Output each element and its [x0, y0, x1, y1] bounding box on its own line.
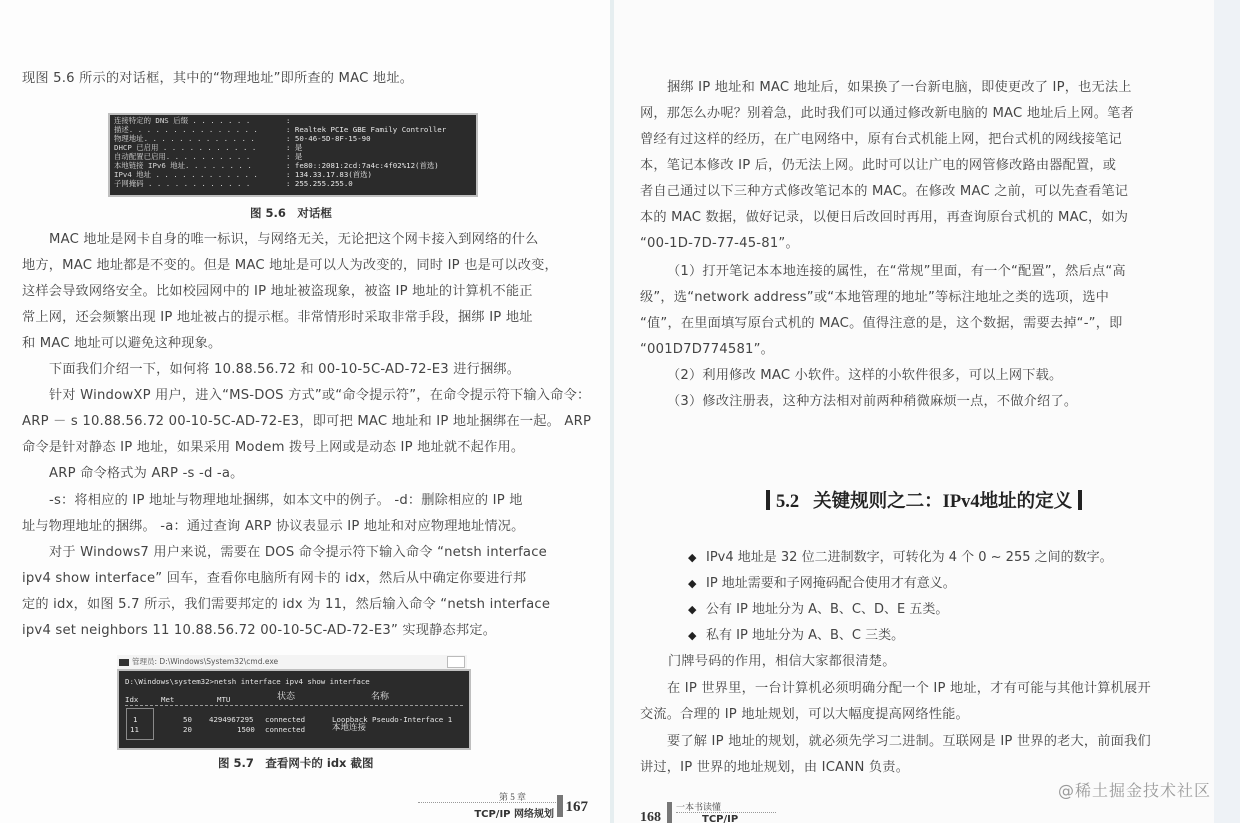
- right-page: 捆绑 IP 地址和 MAC 地址后，如果换了一台新电脑，即使更改了 IP，也无法…: [614, 0, 1214, 823]
- footer-title: TCP/IP: [702, 814, 738, 823]
- terminal-row: 本地链接 IPv6 地址. . . . . . . .: fe80::2081:…: [114, 161, 472, 170]
- figure-5-7-terminal: D:\Windows\system32>netsh interface ipv4…: [117, 669, 471, 750]
- column-header: MTU: [217, 695, 230, 704]
- bullet-item: ◆私有 IP 地址分为 A、B、C 三类。: [688, 623, 904, 649]
- paragraph-line: 门牌号码的作用，相信大家都很清楚。: [668, 649, 896, 675]
- page-number: 167: [566, 799, 589, 816]
- paragraph-line: 这样会导致网络安全。比如校园网中的 IP 地址被盗现象，被盗 IP 地址的计算机…: [22, 279, 533, 305]
- paragraph-line: 曾经有过这样的经历，在广电网络中，原有台式机能上网，把台式机的网线接笔记: [640, 127, 1122, 153]
- column-header: Idx: [125, 695, 138, 704]
- paragraph-line: 定的 idx，如图 5.7 所示，我们需要邦定的 idx 为 11，然后输入命令…: [22, 592, 550, 618]
- terminal-row: DHCP 已启用 . . . . . . . . . . .: 是: [114, 143, 472, 152]
- paragraph-line: 针对 WindowXP 用户，进入“MS-DOS 方式”或“命令提示符”，在命令…: [22, 383, 590, 409]
- terminal-row: 物理地址. . . . . . . . . . . . .: 50-46-5D-…: [114, 134, 472, 143]
- paragraph-line: -s：将相应的 IP 地址与物理地址捆绑，如本文中的例子。 -d：删除相应的 I…: [22, 488, 523, 514]
- paragraph-line: 对于 Windows7 用户来说，需要在 DOS 命令提示符下输入命令 “net…: [22, 540, 547, 566]
- paragraph-line: “值”，在里面填写原台式机的 MAC。值得注意的是，这个数据，需要去掉“-”，即: [640, 311, 1122, 337]
- paragraph-line: （1）打开笔记本本地连接的属性，在“常规”里面，有一个“配置”，然后点“高: [640, 259, 1126, 285]
- paragraph-line: 级”，选“network address”或“本地管理的地址”等标注地址之类的选…: [640, 285, 1109, 311]
- footer-dotted-rule: [418, 802, 558, 803]
- cell: 1: [133, 715, 137, 724]
- paragraph-line: 址与物理地址的捆绑。 -a：通过查询 ARP 协议表显示 IP 地址和对应物理地…: [22, 514, 525, 540]
- diamond-bullet-icon: ◆: [688, 545, 701, 571]
- watermark: @稀土掘金技术社区: [1058, 778, 1211, 801]
- figure-5-6-caption: 图 5.6 对话框: [250, 205, 332, 221]
- paragraph-line: 本的 MAC 数据，做好记录，以便日后改回时再用，再查询原台式机的 MAC，如为: [640, 205, 1128, 231]
- paragraph-line: 和 MAC 地址可以避免这种现象。: [22, 331, 221, 357]
- page-number: 168: [640, 810, 661, 823]
- footer-bar: [557, 795, 563, 817]
- section-heading: 5.2关键规则之二：IPv4地址的定义: [760, 487, 1088, 513]
- header-divider: [125, 705, 463, 706]
- paragraph-line: ARP － s 10.88.56.72 00-10-5C-AD-72-E3，即可…: [22, 409, 591, 435]
- heading-bar-right: [1078, 490, 1082, 510]
- paragraph-line: 者自己通过以下三种方式修改笔记本的 MAC。在修改 MAC 之前，可以先查看笔记: [640, 179, 1128, 205]
- cell: 50: [183, 715, 192, 724]
- paragraph-line: 交流。合理的 IP 地址规划，可以大幅度提高网络性能。: [640, 702, 969, 728]
- cmd-window-titlebar: 管理员: D:\Windows\System32\cmd.exe: [117, 655, 467, 669]
- paragraph-line: 捆绑 IP 地址和 MAC 地址后，如果换了一台新电脑，即使更改了 IP，也无法…: [640, 75, 1132, 101]
- terminal-row: 自动配置已启用. . . . . . . . . .: 是: [114, 152, 472, 161]
- paragraph-line: 地方，MAC 地址都是不变的。但是 MAC 地址是可以人为改变的，同时 IP 也…: [22, 253, 558, 279]
- footer-bar: [667, 802, 672, 823]
- diamond-bullet-icon: ◆: [688, 623, 701, 649]
- section-title: 关键规则之二：IPv4地址的定义: [813, 492, 1072, 512]
- footer-title: TCP/IP 网络规划: [474, 805, 554, 820]
- intro-line: 现图 5.6 所示的对话框，其中的“物理地址”即所查的 MAC 地址。: [22, 66, 413, 92]
- cell: 1500: [237, 725, 255, 734]
- cell: 4294967295: [209, 715, 254, 724]
- footer-dotted-rule: [676, 812, 776, 813]
- terminal-row: 描述. . . . . . . . . . . . . . .: Realtek…: [114, 125, 472, 134]
- terminal-row: IPv4 地址 . . . . . . . . . . . .: 134.33.…: [114, 170, 472, 179]
- bullet-item: ◆IP 地址需要和子网掩码配合使用才有意义。: [688, 571, 956, 597]
- section-number: 5.2: [776, 492, 799, 512]
- column-header: Met: [161, 695, 174, 704]
- page-footer: 168 一本书读懂 TCP/IP: [640, 800, 790, 823]
- page-footer: 第 5 章 TCP/IP 网络规划 167: [418, 790, 588, 823]
- paragraph-line: 在 IP 世界里，一台计算机必须明确分配一个 IP 地址，才有可能与其他计算机展…: [640, 676, 1151, 702]
- cell: connected: [265, 715, 305, 724]
- cell: 20: [183, 725, 192, 734]
- paragraph-line: 要了解 IP 地址的规划，就必须先学习二进制。互联网是 IP 世界的老大，前面我…: [640, 729, 1151, 755]
- paragraph-line: 本，笔记本修改 IP 后，仍无法上网。此时可以让广电的网管修改路由器配置，或: [640, 153, 1116, 179]
- paragraph-line: 命令是针对静态 IP 地址，如果采用 Modem 拨号上网或是动态 IP 地址就…: [22, 435, 524, 461]
- cmd-window-title: 管理员: D:\Windows\System32\cmd.exe: [132, 657, 278, 666]
- bullet-text: IP 地址需要和子网掩码配合使用才有意义。: [706, 576, 956, 591]
- paragraph-line: MAC 地址是网卡自身的唯一标识，与网络无关，无论把这个网卡接入到网络的什么: [22, 227, 539, 253]
- terminal-row: 连接特定的 DNS 后缀 . . . . . . .:: [114, 116, 472, 125]
- terminal-row: 子网掩码 . . . . . . . . . . . .: 255.255.25…: [114, 179, 472, 188]
- bullet-item: ◆公有 IP 地址分为 A、B、C、D、E 五类。: [688, 597, 948, 623]
- diamond-bullet-icon: ◆: [688, 571, 701, 597]
- cmd-icon: [119, 659, 129, 666]
- figure-5-6-terminal: 连接特定的 DNS 后缀 . . . . . . .: 描述. . . . . …: [108, 113, 478, 197]
- cell: 本地连接: [332, 724, 366, 733]
- paragraph-line: ipv4 show interface” 回车，查看你电脑所有网卡的 idx，然…: [22, 566, 526, 592]
- paragraph-line: 网，那怎么办呢？别着急，此时我们可以通过修改新电脑的 MAC 地址后上网。笔者: [640, 101, 1134, 127]
- paragraph-line: “001D7D774581”。: [640, 337, 774, 363]
- idx-highlight-box: [126, 708, 154, 740]
- paragraph-line: 下面我们介绍一下，如何将 10.88.56.72 和 00-10-5C-AD-7…: [22, 357, 520, 383]
- paragraph-line: 常上网，还会频繁出现 IP 地址被占的提示框。非常情形时采取非常手段，捆绑 IP…: [22, 305, 533, 331]
- paragraph-line: （2）利用修改 MAC 小软件。这样的小软件很多，可以上网下载。: [640, 363, 1062, 389]
- cell: 11: [130, 725, 139, 734]
- paragraph-line: 讲过，IP 世界的地址规划，由 ICANN 负责。: [640, 755, 909, 781]
- cell: connected: [265, 725, 305, 734]
- command-line: D:\Windows\system32>netsh interface ipv4…: [125, 677, 370, 686]
- bullet-item: ◆IPv4 地址是 32 位二进制数字，可转化为 4 个 0 ~ 255 之间的…: [688, 545, 1113, 571]
- bullet-text: IPv4 地址是 32 位二进制数字，可转化为 4 个 0 ~ 255 之间的数…: [706, 550, 1113, 565]
- column-header: 名称: [371, 693, 389, 702]
- diamond-bullet-icon: ◆: [688, 597, 701, 623]
- paragraph-line: “00-1D-7D-77-45-81”。: [640, 231, 799, 257]
- figure-5-7-caption: 图 5.7 查看网卡的 idx 截图: [218, 755, 373, 771]
- paragraph-line: ARP 命令格式为 ARP -s -d -a。: [22, 461, 244, 487]
- left-page: 现图 5.6 所示的对话框，其中的“物理地址”即所查的 MAC 地址。 连接特定…: [0, 0, 610, 823]
- bullet-text: 私有 IP 地址分为 A、B、C 三类。: [706, 628, 904, 643]
- paragraph-line: ipv4 set neighbors 11 10.88.56.72 00-10-…: [22, 618, 496, 644]
- bullet-text: 公有 IP 地址分为 A、B、C、D、E 五类。: [706, 602, 948, 617]
- viewer-edge-strip: [1214, 0, 1240, 823]
- window-control-button[interactable]: [447, 656, 465, 668]
- paragraph-line: （3）修改注册表，这种方法相对前两种稍微麻烦一点，不做介绍了。: [640, 389, 1077, 415]
- column-header: 状态: [277, 693, 295, 702]
- heading-bar-left: [766, 490, 770, 510]
